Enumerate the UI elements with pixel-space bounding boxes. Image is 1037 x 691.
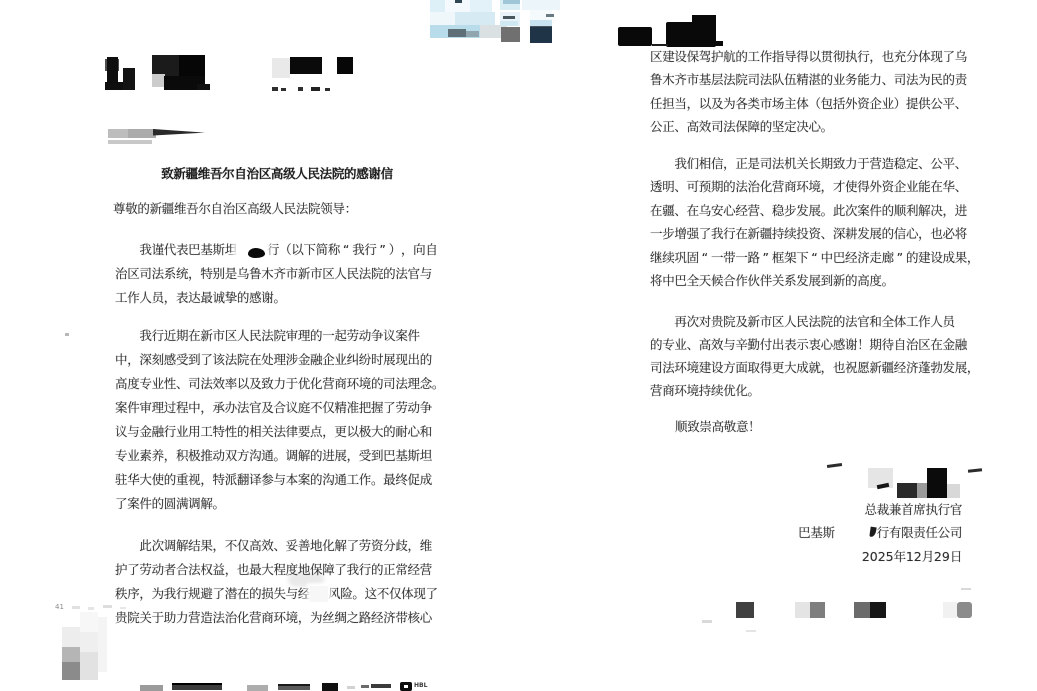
margin-note: 41 — [55, 604, 64, 611]
signature-date: 2025 年 12 月 29 日 — [760, 548, 962, 566]
text-line: 公正、高效司法保障的坚定决心。 — [650, 119, 833, 137]
inline-redaction-p1-blob — [237, 241, 267, 259]
text-line: 专业素养，积极推动双方沟通。调解的进展，受到巴基斯坦 — [115, 447, 432, 465]
letter-salutation: 尊敬的新疆维吾尔自治区高级人民法院领导： — [113, 200, 357, 218]
text-line: 鲁木齐市基层法院司法队伍精湛的业务能力、司法为民的责 — [650, 72, 967, 90]
text-line: 议与金融行业用工特性的相关法律要点，更以极大的耐心和 — [115, 423, 432, 441]
text-line: 了案件的圆满调解。 — [115, 495, 225, 513]
text-line: 此次调解结果，不仅高效、妥善地化解了劳资分歧，维 — [139, 537, 432, 555]
text-line: 透明、可预期的法治化营商环境，才使得外资企业能在华、 — [650, 179, 967, 197]
text-line: 中，深刻感受到了该法院在处理涉金融企业纠纷时展现出的 — [115, 351, 432, 369]
text-line: 在疆、在乌安心经营、稳步发展。此次案件的顺利解决，进 — [650, 202, 967, 220]
footer-hbl-label: HBL — [414, 683, 427, 689]
text-line: 我们相信，正是司法机关长期致力于营造稳定、公平、 — [674, 155, 967, 173]
text-line: 的专业、高效与辛勤付出表示衷心感谢！期待自治区在金融 — [650, 336, 967, 354]
text-line: 秩序，为我行规避了潜在的损失与经风险。这不仅体现了 — [115, 585, 438, 603]
signature-title: 总裁兼首席执行官 — [760, 501, 962, 519]
text-line: 贵院关于助力营造法治化营商环境，为丝绸之路经济带核心 — [115, 609, 432, 627]
text-line: 司法环境建设方面取得更大成就，也祝愿新疆经济蓬勃发展， — [650, 359, 979, 377]
text-line: 高度专业性、司法效率以及致力于优化营商环境的司法理念。 — [115, 375, 444, 393]
text-line: 护了劳动者合法权益，也最大程度地保障了我行的正常经营 — [115, 561, 432, 579]
inline-redaction-p3-blur — [310, 586, 328, 602]
text-line: 一步增强了我行在新疆持续投资、深耕发展的信心，也必将 — [650, 226, 967, 244]
text-line: 将中巴全天候合作伙伴关系发展到新的高度。 — [650, 273, 894, 291]
text-line: 工作人员，表达最诚挚的感谢。 — [115, 289, 286, 307]
text-line: 案件审理过程中，承办法官及合议庭不仅精准把握了劳动争 — [115, 399, 432, 417]
text-line: 营商环境持续优化。 — [650, 382, 760, 400]
text-line: 再次对贵院及新市区人民法院的法官和全体工作人员 — [674, 313, 954, 331]
inline-redaction-sig-gap — [835, 525, 877, 541]
text-line: 任担当，以及为各类市场主体（包括外资企业）提供公平、 — [650, 95, 967, 113]
text-line: 驻华大使的重视，特派翻译参与本案的沟通工作。最终促成 — [115, 471, 432, 489]
text-line: 治区司法系统，特别是乌鲁木齐市新市区人民法院的法官与 — [115, 265, 432, 283]
letter-closing: 顺致崇高敬意！ — [675, 418, 760, 436]
text-line: 我谨代表巴基斯坦行（以下简称“我行”），向自 — [139, 241, 437, 259]
letter-title: 致新疆维吾尔自治区高级人民法院的感谢信 — [115, 165, 439, 183]
text-line: 区建设保驾护航的工作指导得以贯彻执行，也充分体现了乌 — [650, 48, 967, 66]
scanned-letter-document: 致新疆维吾尔自治区高级人民法院的感谢信 尊敬的新疆维吾尔自治区高级人民法院领导：… — [0, 0, 1037, 691]
text-line: 我行近期在新市区人民法院审理的一起劳动争议案件 — [139, 327, 419, 345]
text-line: 继续巩固“一带一路”框架下“中巴经济走廊”的建设成果， — [650, 249, 979, 267]
signature-company: 巴基斯行有限责任公司 — [760, 524, 962, 542]
